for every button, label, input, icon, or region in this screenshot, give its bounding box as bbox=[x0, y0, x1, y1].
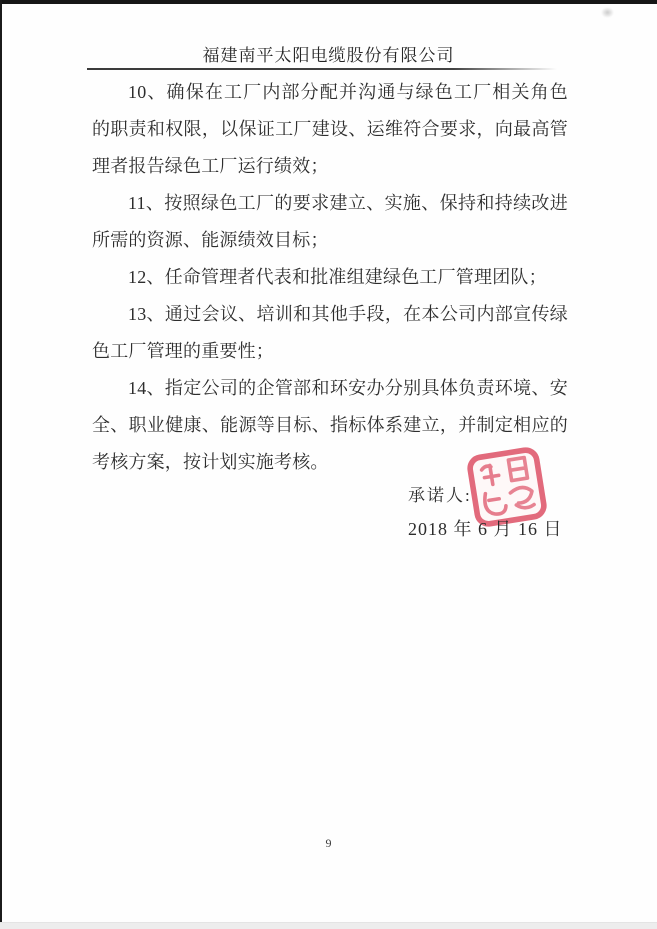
body-line: 13、通过会议、培训和其他手段，在本公司内部宣传绿 bbox=[92, 296, 568, 333]
body-line: 12、任命管理者代表和批准组建绿色工厂管理团队； bbox=[92, 259, 568, 296]
body-line: 11、按照绿色工厂的要求建立、实施、保持和持续改进 bbox=[92, 185, 568, 222]
scan-noise bbox=[601, 7, 614, 18]
body-line: 10、确保在工厂内部分配并沟通与绿色工厂相关角色 bbox=[92, 74, 568, 111]
document-body: 10、确保在工厂内部分配并沟通与绿色工厂相关角色 的职责和权限，以保证工厂建设、… bbox=[92, 74, 568, 481]
scanned-document-page: 福建南平太阳电缆股份有限公司 10、确保在工厂内部分配并沟通与绿色工厂相关角色 … bbox=[0, 0, 657, 929]
company-header-title: 福建南平太阳电缆股份有限公司 bbox=[0, 41, 657, 66]
body-line: 理者报告绿色工厂运行绩效； bbox=[92, 148, 568, 185]
body-line: 14、指定公司的企管部和环安办分别具体负责环境、安 bbox=[92, 370, 568, 407]
body-line: 全、职业健康、能源等目标、指标体系建立，并制定相应的 bbox=[92, 407, 568, 444]
signature-date: 2018 年 6 月 16 日 bbox=[408, 515, 563, 541]
page-number: 9 bbox=[0, 836, 657, 851]
promiser-label: 承诺人: bbox=[408, 481, 472, 506]
scan-edge-top bbox=[0, 0, 657, 4]
scan-edge-left bbox=[0, 0, 2, 929]
scan-edge-bottom bbox=[0, 922, 657, 929]
header-underline bbox=[87, 68, 557, 70]
body-line: 的职责和权限，以保证工厂建设、运维符合要求，向最高管 bbox=[92, 111, 568, 148]
body-line: 所需的资源、能源绩效目标； bbox=[92, 222, 568, 259]
body-line: 色工厂管理的重要性； bbox=[92, 333, 568, 370]
